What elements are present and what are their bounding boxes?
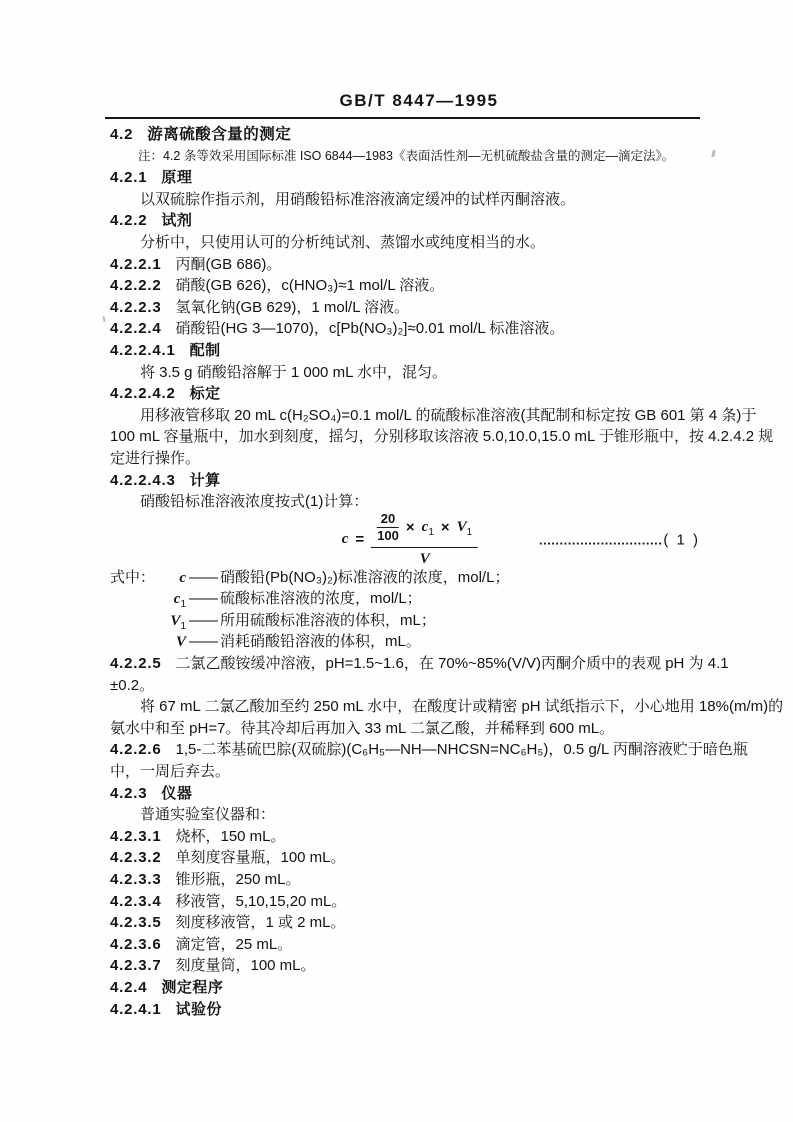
paragraph-text: ±0.2。 [110, 677, 154, 694]
clause-text: 锥形瓶，250 mL。 [175, 871, 300, 888]
section-number: 4.2 [110, 124, 133, 146]
standard-number-header: GB/T 8447—1995 [110, 90, 700, 112]
paragraph-text: 氨水中和至 pH=7。待其冷却后再加入 33 mL 二氯乙酸，并稀释到 600 … [110, 720, 614, 737]
em-dash: —— [189, 567, 217, 589]
paragraph: 硝酸铅标准溶液浓度按式(1)计算： [110, 491, 700, 513]
variable-c: c [342, 531, 349, 548]
paragraph-continuation: 氨水中和至 pH=7。待其冷却后再加入 33 mL 二氯乙酸，并稀释到 600 … [110, 718, 700, 740]
paragraph-continuation: 中，一周后弃去。 [110, 761, 700, 783]
section-4-2-3: 4.2.3仪器 [110, 783, 700, 805]
paragraph-text: 分析中，只使用认可的分析纯试剂、蒸馏水或纯度相当的水。 [140, 234, 545, 251]
symbol-description: 消耗硝酸铅溶液的体积，mL。 [220, 631, 421, 653]
paragraph-continuation: 定进行操作。 [110, 448, 700, 470]
section-4-2-4: 4.2.4测定程序 [110, 977, 700, 999]
clause-4-2-2-4: 4.2.2.4硝酸铅(HG 3—1070)，c[Pb(NO₃)₂]≈0.01 m… [110, 318, 700, 340]
clause-number: 4.2.3.7 [110, 955, 161, 977]
fraction: 20100 × c1 × V1 V [371, 512, 478, 568]
variable-v1: V1 [457, 518, 473, 538]
em-dash: —— [189, 610, 217, 632]
section-title: 计算 [190, 472, 221, 489]
paragraph-text: 中，一周后弃去。 [110, 763, 230, 780]
paragraph-text: 将 67 mL 二氯乙酸加至约 250 mL 水中，在酸度计或精密 pH 试纸指… [140, 698, 783, 715]
equals-sign: = [355, 531, 364, 548]
section-number: 4.2.3 [110, 783, 147, 805]
paragraph: 以双硫腙作指示剂，用硝酸铅标准溶液滴定缓冲的试样丙酮溶液。 [110, 189, 700, 211]
section-number: 4.2.4 [110, 977, 147, 999]
fraction-denominator: V [420, 548, 430, 568]
nested-denominator: 100 [377, 529, 399, 543]
clause-text: 移液管，5,10,15,20 mL。 [175, 893, 346, 910]
scan-speck [711, 150, 716, 158]
paragraph-continuation: ±0.2。 [110, 675, 700, 697]
symbol-definition: V——消耗硝酸铅溶液的体积，mL。 [110, 631, 700, 653]
nested-numerator: 20 [381, 512, 395, 526]
paragraph-text: 硝酸铅标准溶液浓度按式(1)计算： [140, 493, 368, 510]
equation-1: c = 20100 × c1 × V1 V ..................… [110, 513, 700, 567]
clause-text: 硝酸(GB 626)，c(HNO₃)≈1 mol/L 溶液。 [175, 277, 444, 294]
multiply-sign: × [406, 519, 415, 536]
paragraph-text: 普通实验室仪器和： [140, 806, 275, 823]
clause-4-2-2-1: 4.2.2.1丙酮(GB 686)。 [110, 254, 700, 276]
note-line: 注：4.2 条等效采用国际标准 ISO 6844—1983《表面活性剂—无机硫酸… [110, 146, 700, 168]
clause-number: 4.2.2.1 [110, 254, 161, 276]
section-number: 4.2.2 [110, 210, 147, 232]
em-dash: —— [189, 588, 217, 610]
clause-number: 4.2.3.3 [110, 869, 161, 891]
symbol-definition: c1——硫酸标准溶液的浓度，mol/L； [110, 588, 700, 610]
section-4-2-1: 4.2.1原理 [110, 167, 700, 189]
clause-text: 硝酸铅(HG 3—1070)，c[Pb(NO₃)₂]≈0.01 mol/L 标准… [175, 320, 564, 337]
note-text: 注：4.2 条等效采用国际标准 ISO 6844—1983《表面活性剂—无机硫酸… [138, 149, 674, 163]
clause-number: 4.2.3.6 [110, 934, 161, 956]
section-number: 4.2.1 [110, 167, 147, 189]
paragraph: 将 67 mL 二氯乙酸加至约 250 mL 水中，在酸度计或精密 pH 试纸指… [110, 696, 700, 718]
section-number: 4.2.2.4.3 [110, 470, 176, 492]
clause-4-2-3-7: 4.2.3.7刻度量筒，100 mL。 [110, 955, 700, 977]
symbol: c [160, 567, 186, 589]
clause-number: 4.2.2.6 [110, 739, 161, 761]
clause-4-2-3-5: 4.2.3.5刻度移液管，1 或 2 mL。 [110, 912, 700, 934]
section-title: 试验份 [175, 1001, 222, 1018]
section-number: 4.2.4.1 [110, 999, 161, 1021]
clause-number: 4.2.2.5 [110, 653, 161, 675]
nested-fraction: 20100 [377, 512, 399, 544]
symbol-description: 硫酸标准溶液的浓度，mol/L； [220, 588, 422, 610]
document-page: GB/T 8447—1995 4.2游离硫酸含量的测定 注：4.2 条等效采用国… [0, 0, 793, 1122]
clause-number: 4.2.3.5 [110, 912, 161, 934]
section-title: 标定 [190, 385, 221, 402]
section-title: 试剂 [161, 212, 192, 229]
clause-number: 4.2.3.2 [110, 847, 161, 869]
symbol-description: 硝酸铅(Pb(NO₃)₂)标准溶液的浓度，mol/L； [220, 567, 509, 589]
symbol-definition: 式中：c——硝酸铅(Pb(NO₃)₂)标准溶液的浓度，mol/L； [110, 567, 700, 589]
section-4-2-2-4-1: 4.2.2.4.1配制 [110, 340, 700, 362]
equation-number: ( 1 ) [663, 531, 700, 548]
variable-c1: c1 [422, 518, 434, 538]
clause-number: 4.2.2.2 [110, 275, 161, 297]
section-title: 测定程序 [161, 979, 223, 996]
clause-4-2-3-4: 4.2.3.4移液管，5,10,15,20 mL。 [110, 891, 700, 913]
clause-4-2-2-5: 4.2.2.5二氯乙酸铵缓冲溶液，pH=1.5~1.6，在 70%~85%(V/… [110, 653, 700, 675]
symbol: V [160, 631, 186, 653]
clause-text: 刻度移液管，1 或 2 mL。 [175, 914, 345, 931]
scan-speck [102, 316, 105, 322]
symbol-definition: V1——所用硫酸标准溶液的体积，mL； [110, 610, 700, 632]
variable-v: V [420, 551, 430, 567]
paragraph: 用移液管移取 20 mL c(H₂SO₄)=0.1 mol/L 的硫酸标准溶液(… [110, 405, 700, 427]
clause-text: 烧杯，150 mL。 [175, 828, 285, 845]
symbol-description: 所用硫酸标准溶液的体积，mL； [220, 610, 436, 632]
clause-text: 氢氧化钠(GB 629)，1 mol/L 溶液。 [175, 299, 409, 316]
paragraph-text: 将 3.5 g 硝酸铅溶解于 1 000 mL 水中，混匀。 [140, 364, 447, 381]
clause-text: 单刻度容量瓶，100 mL。 [175, 849, 345, 866]
where-label: 式中： [110, 567, 160, 589]
section-4-2-2-4-2: 4.2.2.4.2标定 [110, 383, 700, 405]
paragraph-text: 用移液管移取 20 mL c(H₂SO₄)=0.1 mol/L 的硫酸标准溶液(… [140, 407, 756, 424]
clause-text: 刻度量筒，100 mL。 [175, 957, 315, 974]
equation-leader: .............................. ( 1 ) [539, 531, 700, 548]
paragraph-text: 100 mL 容量瓶中，加水到刻度，摇匀，分别移取该溶液 5.0,10.0,15… [110, 428, 773, 445]
clause-number: 4.2.3.4 [110, 891, 161, 913]
clause-text: 丙酮(GB 686)。 [175, 256, 281, 273]
section-4-2-4-1: 4.2.4.1试验份 [110, 999, 700, 1021]
clause-number: 4.2.3.1 [110, 826, 161, 848]
clause-4-2-2-6: 4.2.2.61,5-二苯基硫巴腙(双硫腙)(C₆H₅—NH—NHCSN=NC₆… [110, 739, 700, 761]
section-title: 游离硫酸含量的测定 [147, 126, 291, 143]
section-4-2-2-4-3: 4.2.2.4.3计算 [110, 470, 700, 492]
section-number: 4.2.2.4.1 [110, 340, 176, 362]
clause-4-2-3-6: 4.2.3.6滴定管，25 mL。 [110, 934, 700, 956]
section-title: 仪器 [161, 785, 192, 802]
symbol: V1 [160, 610, 186, 632]
paragraph: 普通实验室仪器和： [110, 804, 700, 826]
paragraph: 将 3.5 g 硝酸铅溶解于 1 000 mL 水中，混匀。 [110, 362, 700, 384]
section-number: 4.2.2.4.2 [110, 383, 176, 405]
paragraph-text: 以双硫腙作指示剂，用硝酸铅标准溶液滴定缓冲的试样丙酮溶液。 [140, 191, 575, 208]
paragraph-text: 定进行操作。 [110, 450, 200, 467]
clause-text: 滴定管，25 mL。 [175, 936, 292, 953]
section-title: 配制 [190, 342, 221, 359]
clause-4-2-3-3: 4.2.3.3锥形瓶，250 mL。 [110, 869, 700, 891]
dot-leader: .............................. [539, 532, 662, 547]
clause-number: 4.2.2.4 [110, 318, 161, 340]
paragraph: 分析中，只使用认可的分析纯试剂、蒸馏水或纯度相当的水。 [110, 232, 700, 254]
em-dash: —— [189, 631, 217, 653]
section-4-2-2: 4.2.2试剂 [110, 210, 700, 232]
header-rule [105, 117, 700, 119]
fraction-numerator: 20100 × c1 × V1 [371, 512, 478, 548]
clause-4-2-2-3: 4.2.2.3氢氧化钠(GB 629)，1 mol/L 溶液。 [110, 297, 700, 319]
clause-text: 二氯乙酸铵缓冲溶液，pH=1.5~1.6，在 70%~85%(V/V)丙酮介质中… [175, 655, 728, 672]
multiply-sign: × [441, 519, 450, 536]
section-4-2: 4.2游离硫酸含量的测定 [110, 124, 700, 146]
clause-4-2-2-2: 4.2.2.2硝酸(GB 626)，c(HNO₃)≈1 mol/L 溶液。 [110, 275, 700, 297]
section-title: 原理 [161, 169, 192, 186]
clause-4-2-3-2: 4.2.3.2单刻度容量瓶，100 mL。 [110, 847, 700, 869]
paragraph-continuation: 100 mL 容量瓶中，加水到刻度，摇匀，分别移取该溶液 5.0,10.0,15… [110, 426, 700, 448]
clause-text: 1,5-二苯基硫巴腙(双硫腙)(C₆H₅—NH—NHCSN=NC₆H₅)，0.5… [175, 741, 747, 758]
clause-4-2-3-1: 4.2.3.1烧杯，150 mL。 [110, 826, 700, 848]
equation-body: c = 20100 × c1 × V1 V [342, 512, 478, 568]
symbol: c1 [160, 588, 186, 610]
clause-number: 4.2.2.3 [110, 297, 161, 319]
